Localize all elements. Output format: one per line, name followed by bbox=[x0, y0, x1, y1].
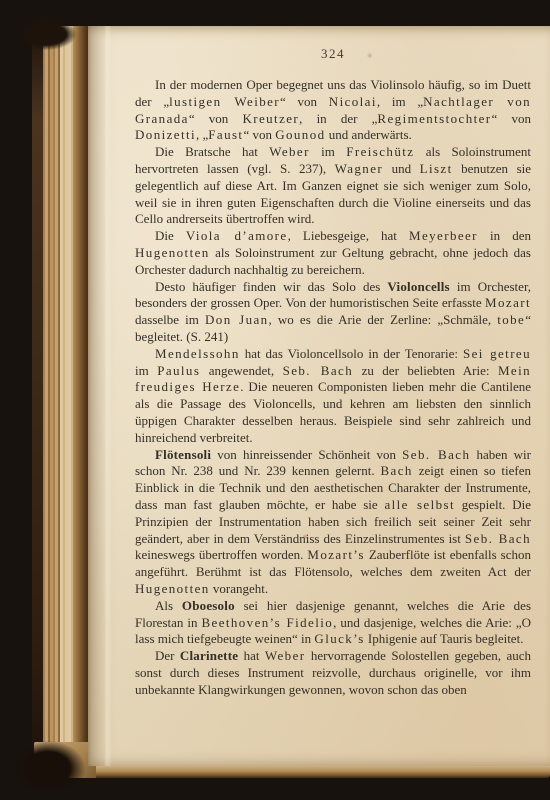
text-run: Bach bbox=[380, 463, 412, 478]
paragraph: Desto häufiger finden wir das Solo des V… bbox=[135, 279, 531, 346]
text-run: Die bbox=[155, 228, 186, 243]
text-run: Mendelssohn bbox=[155, 346, 240, 361]
text-run: “ von bbox=[280, 94, 329, 109]
text-run: Hugenotten bbox=[135, 245, 210, 260]
text-run: in den bbox=[478, 228, 531, 243]
text-run: Seb. Bach bbox=[465, 531, 531, 546]
text-run: Mozart’s bbox=[307, 547, 364, 562]
text-run: Iphigenie auf Tauris begleitet. bbox=[365, 631, 524, 646]
page-edges-left-inner bbox=[60, 26, 73, 777]
page-edges-bottom bbox=[38, 765, 550, 778]
text-run: Gluck’s bbox=[314, 631, 364, 646]
text-run: Weber bbox=[265, 648, 306, 663]
text-run: , „ bbox=[196, 127, 208, 142]
text-run: Sei getreu bbox=[463, 346, 531, 361]
text-run: im bbox=[310, 144, 346, 159]
text-run: dasselbe im bbox=[135, 312, 205, 327]
text-run: angewendet, bbox=[200, 363, 282, 378]
text-run: keineswegs übertroffen worden. bbox=[135, 547, 307, 562]
book-page: 324 In der modernen Oper begegnet uns da… bbox=[88, 26, 550, 766]
text-run: Nicolai bbox=[329, 94, 377, 109]
paragraph: Der Clarinette hat Weber hervorragende S… bbox=[135, 648, 531, 698]
text-run: lustigen Weiber bbox=[169, 94, 280, 109]
text-run: von hinreissender Schönheit von bbox=[211, 447, 402, 462]
text-run: “ von bbox=[492, 111, 531, 126]
text-run: Gounod bbox=[275, 127, 325, 142]
text-block: 324 In der modernen Oper begegnet uns da… bbox=[135, 46, 531, 698]
text-run: im bbox=[135, 363, 157, 378]
worn-corner-bottom bbox=[16, 740, 86, 792]
text-run: Liszt bbox=[420, 161, 453, 176]
text-run: Clarinette bbox=[180, 648, 238, 663]
worn-corner-top bbox=[24, 20, 76, 50]
text-run: Der bbox=[155, 648, 180, 663]
text-run: Regimentstochter bbox=[377, 111, 491, 126]
page-edges-left-outer bbox=[43, 27, 60, 777]
paragraph: Die Bratsche hat Weber im Freischütz als… bbox=[135, 144, 531, 228]
paragraph: Flötensoli von hinreissender Schönheit v… bbox=[135, 447, 531, 598]
text-run: Desto häufiger finden wir das Solo des bbox=[155, 279, 387, 294]
text-run: und bbox=[383, 161, 420, 176]
text-run: , wo es die Arie der Zerline: „Schmäle, bbox=[269, 312, 498, 327]
text-run: Wagner bbox=[335, 161, 384, 176]
text-run: Die Bratsche hat bbox=[155, 144, 269, 159]
text-run: Meyerbeer bbox=[409, 228, 478, 243]
paragraph: Mendelssohn hat das Violoncellsolo in de… bbox=[135, 346, 531, 447]
book-photo: 324 In der modernen Oper begegnet uns da… bbox=[0, 0, 550, 800]
text-run: , in der „ bbox=[299, 111, 377, 126]
text-run: hat bbox=[238, 648, 265, 663]
text-run: tobe bbox=[497, 312, 525, 327]
text-run: “ von bbox=[243, 127, 275, 142]
text-run: Violoncells bbox=[387, 279, 449, 294]
text-run: zu der beliebten Arie: bbox=[353, 363, 498, 378]
text-run: Seb. Bach bbox=[402, 447, 470, 462]
paragraph: Die Viola d’amore, Liebesgeige, hat Meye… bbox=[135, 228, 531, 278]
text-run: , Liebesgeige, hat bbox=[288, 228, 409, 243]
text-run: Viola d’amore bbox=[186, 228, 288, 243]
text-run: Hugenotten bbox=[135, 581, 210, 596]
paragraph: Als Oboesolo sei hier dasjenige genannt,… bbox=[135, 598, 531, 648]
text-run: Paulus bbox=[157, 363, 200, 378]
text-run: Flötensoli bbox=[155, 447, 211, 462]
page-number: 324 bbox=[135, 46, 531, 62]
text-run: vorangeht. bbox=[210, 581, 268, 596]
text-run: und anderwärts. bbox=[326, 127, 412, 142]
paragraph: In der modernen Oper begegnet uns das Vi… bbox=[135, 77, 531, 144]
text-run: “ von bbox=[189, 111, 243, 126]
gutter-shadow bbox=[73, 26, 88, 777]
text-run: Als bbox=[155, 598, 182, 613]
book-spine-edge bbox=[32, 30, 43, 776]
text-run: Mozart bbox=[485, 295, 531, 310]
text-run: Don Juan bbox=[205, 312, 269, 327]
text-run: hat das Violoncellsolo in der Tenorarie: bbox=[240, 346, 463, 361]
text-run: Weber bbox=[269, 144, 310, 159]
text-run: Freischütz bbox=[346, 144, 414, 159]
text-run: Kreutzer bbox=[242, 111, 299, 126]
text-run: Donizetti bbox=[135, 127, 196, 142]
text-run: Seb. Bach bbox=[283, 363, 354, 378]
text-run: Faust bbox=[208, 127, 243, 142]
text-run: , im „ bbox=[377, 94, 423, 109]
text-run: alle selbst bbox=[384, 497, 455, 512]
text-run: Beethoven’s Fidelio bbox=[201, 615, 333, 630]
text-run: Oboesolo bbox=[182, 598, 235, 613]
